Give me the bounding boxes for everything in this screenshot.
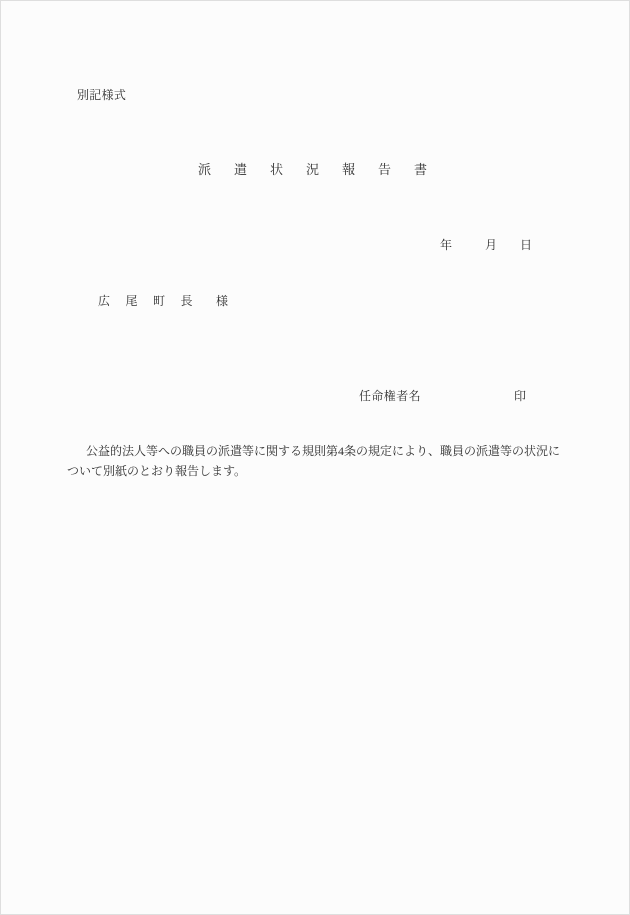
date-year-label: 年 <box>440 236 452 253</box>
document-page: 別記様式 派遣状況報告書 年月日 広尾町長様 任命権者名印 公益的法人等への職員… <box>0 0 630 915</box>
date-line: 年月日 <box>440 236 532 253</box>
appointer-name-label: 任命権者名 <box>359 389 421 403</box>
document-title: 派遣状況報告書 <box>198 159 450 178</box>
addressee-line: 広尾町長様 <box>98 292 228 309</box>
date-day-label: 日 <box>520 238 532 252</box>
body-paragraph: 公益的法人等への職員の派遣等に関する規則第4条の規定により、職員の派遣等の状況に… <box>67 441 569 481</box>
date-month-label: 月 <box>485 236 497 253</box>
signature-line: 任命権者名印 <box>359 387 526 404</box>
form-note: 別記様式 <box>77 86 126 103</box>
seal-label: 印 <box>514 389 526 403</box>
addressee-honorific: 様 <box>216 294 228 308</box>
addressee-name: 広尾町長 <box>98 294 208 308</box>
